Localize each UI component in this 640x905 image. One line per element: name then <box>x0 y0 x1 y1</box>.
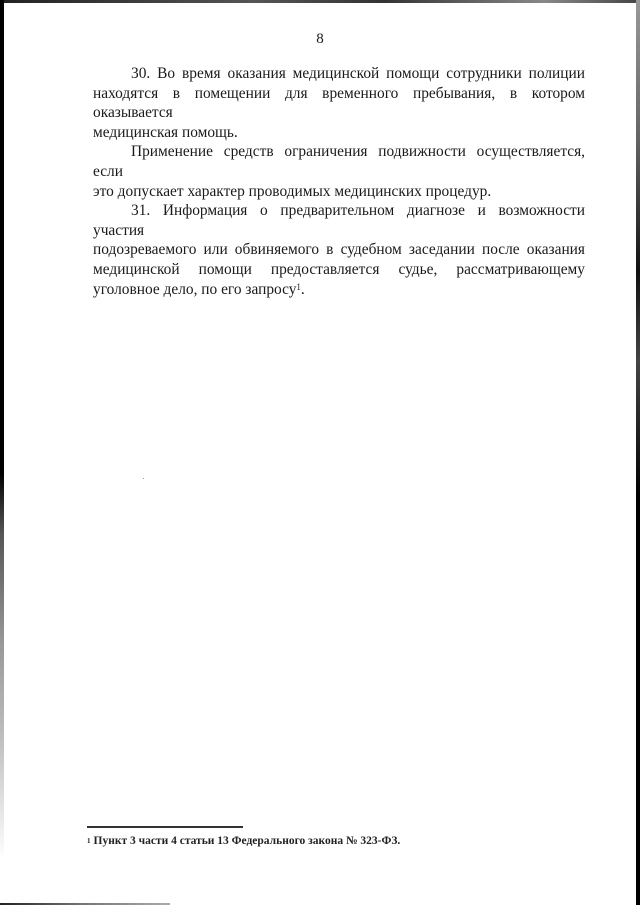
scan-edge-left <box>0 0 4 860</box>
footnote-reference[interactable]: 1 <box>296 282 301 292</box>
footnote: 1Пункт 3 части 4 статьи 13 Федерального … <box>87 834 400 848</box>
scan-edge-right <box>636 0 640 905</box>
text-line: Применение средств ограничения подвижнос… <box>93 142 585 181</box>
text-line: подозреваемого или обвиняемого в судебно… <box>93 240 585 260</box>
paragraph-31: 31. Информация о предварительном диагноз… <box>93 201 585 299</box>
footnote-separator <box>87 826 243 828</box>
text-line-last: уголовное дело, по его запросу1. <box>93 280 585 300</box>
document-body: 30. Во время оказания медицинской помощи… <box>93 64 585 299</box>
paragraph-30: 30. Во время оказания медицинской помощи… <box>93 64 585 142</box>
text-line: находятся в помещении для временного пре… <box>93 84 585 123</box>
sentence-end: . <box>301 281 305 298</box>
text-line: медицинская помощь. <box>93 123 585 143</box>
text-line: медицинской помощи предоставляется судье… <box>93 260 585 280</box>
scan-edge-top <box>0 0 640 3</box>
footnote-text: Пункт 3 части 4 статьи 13 Федерального з… <box>94 835 401 847</box>
paragraph-30-restraint: Применение средств ограничения подвижнос… <box>93 142 585 201</box>
scan-speck <box>143 478 144 479</box>
footnote-marker: 1 <box>87 837 91 845</box>
page-number: 8 <box>0 29 640 49</box>
text-line: 31. Информация о предварительном диагноз… <box>93 201 585 240</box>
text-line-content: уголовное дело, по его запросу <box>93 281 296 298</box>
text-line: это допускает характер проводимых медици… <box>93 182 585 202</box>
text-line: 30. Во время оказания медицинской помощи… <box>93 64 585 84</box>
